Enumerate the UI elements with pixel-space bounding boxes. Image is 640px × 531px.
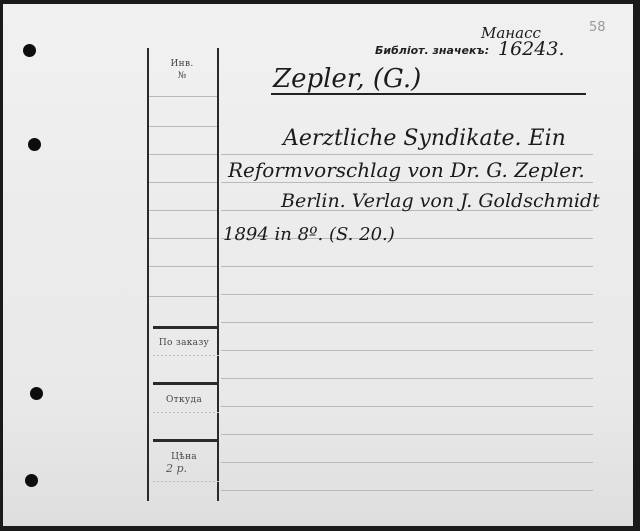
- punch-hole: [23, 44, 36, 57]
- section-divider: [153, 439, 219, 442]
- rule: [149, 296, 217, 297]
- price-label: Цѣна: [152, 452, 216, 462]
- column-border-right: [217, 48, 219, 501]
- rule: [149, 266, 217, 267]
- rule: [149, 154, 217, 155]
- rule: [149, 210, 217, 211]
- inv-label: Инв.: [150, 59, 214, 69]
- title-line-1: Aerztliche Syndikate. Ein: [283, 126, 566, 151]
- inv-number-sign: №: [150, 71, 214, 81]
- rule: [221, 154, 593, 155]
- rule: [221, 490, 593, 491]
- column-border-left: [147, 48, 149, 501]
- punch-hole: [30, 387, 43, 400]
- rule: [221, 462, 593, 463]
- rule: [153, 355, 219, 356]
- rule: [153, 481, 219, 482]
- title-line-2: Reformvorschlag von Dr. G. Zepler.: [228, 158, 585, 182]
- section-divider: [153, 326, 219, 329]
- library-mark-number: 16243.: [498, 38, 564, 60]
- rule: [149, 182, 217, 183]
- rule: [153, 412, 219, 413]
- rule: [149, 96, 217, 97]
- catalog-card: Библіот. значекъ: Манасс 16243. 58 Инв. …: [3, 4, 633, 526]
- price-value: 2 р.: [166, 462, 187, 475]
- rule: [221, 182, 593, 183]
- rule: [221, 406, 593, 407]
- rule: [221, 434, 593, 435]
- rule: [149, 238, 217, 239]
- punch-hole: [28, 138, 41, 151]
- title-line-4: 1894 in 8º. (S. 20.): [223, 224, 395, 245]
- rule: [221, 378, 593, 379]
- rule: [221, 350, 593, 351]
- rule: [221, 294, 593, 295]
- punch-hole: [25, 474, 38, 487]
- rule: [149, 126, 217, 127]
- author-heading: Zepler, (G.): [273, 64, 421, 94]
- order-label: По заказу: [152, 338, 216, 348]
- rule: [221, 266, 593, 267]
- library-mark-label: Библіот. значекъ:: [375, 44, 489, 57]
- rule: [221, 322, 593, 323]
- corner-number: 58: [589, 20, 606, 35]
- title-line-3: Berlin. Verlag von J. Goldschmidt: [281, 190, 600, 212]
- source-label: Откуда: [152, 395, 216, 405]
- section-divider: [153, 382, 219, 385]
